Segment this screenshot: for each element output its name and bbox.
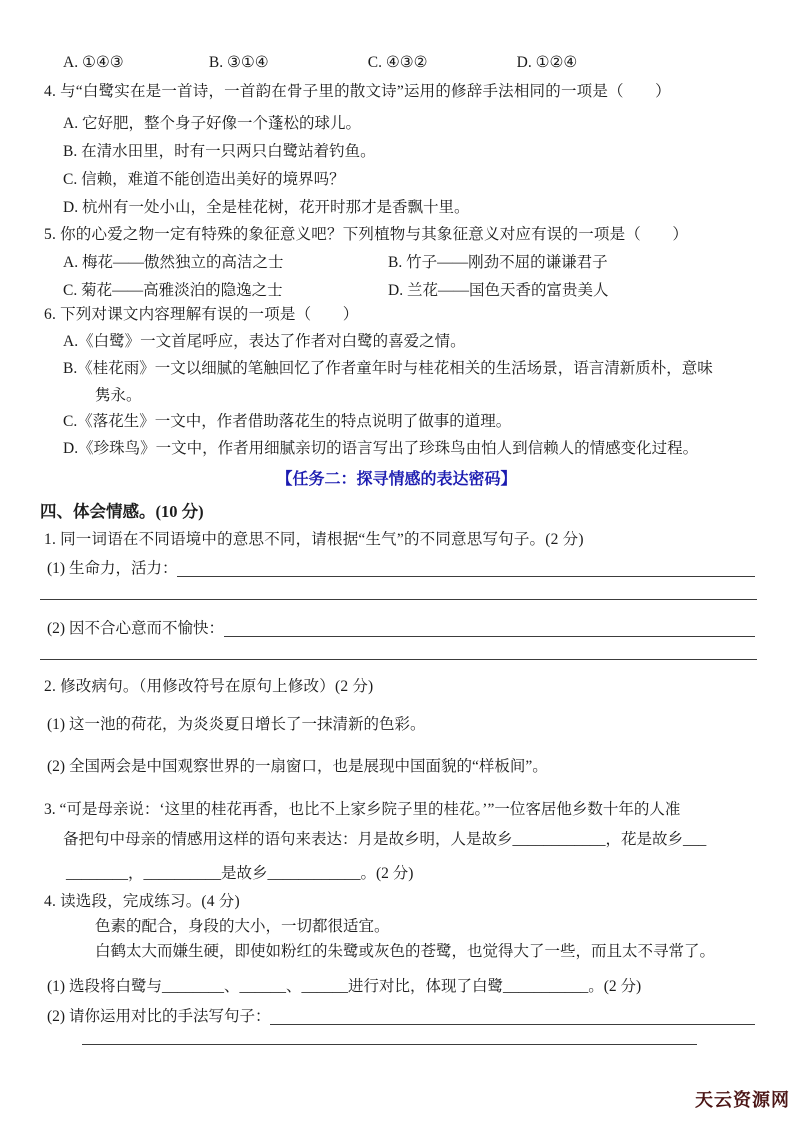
- s4-q1-item-2-second-answer-line: [40, 659, 757, 660]
- question-6-stem: 6. 下列对课文内容理解有误的一项是（ ）: [44, 303, 358, 327]
- answer-options-row: A. ①④③ B. ③①④ C. ④③② D. ①②④: [63, 51, 577, 75]
- s4-q1-item-1-answer-line: [177, 576, 755, 577]
- s4-q4-passage-line2: 白鹤太大而嫌生硬，即使如粉红的朱鹭或灰色的苍鹭，也觉得大了一些，而且太不寻常了。: [95, 940, 715, 964]
- s4-q4-item-2-label: (2) 请你运用对比的手法写句子：: [47, 1005, 270, 1029]
- question-4-option-d: D. 杭州有一处小山，全是桂花树，花开时那才是香飘十里。: [63, 196, 469, 220]
- question-5-option-b: B. 竹子——刚劲不屈的谦谦君子: [388, 251, 608, 275]
- s4-q1-item-2: (2) 因不合心意而不愉快：: [47, 617, 755, 641]
- s4-q2-item-2: (2) 全国两会是中国观察世界的一扇窗口，也是展现中国面貌的“样板间”。: [47, 755, 548, 779]
- s4-question-3-line1: 3. “可是母亲说：‘这里的桂花再香，也比不上家乡院子里的桂花。’”一位客居他乡…: [44, 798, 680, 822]
- question-6-option-d: D.《珍珠鸟》一文中，作者用细腻亲切的语言写出了珍珠鸟由怕人到信赖人的情感变化过…: [63, 437, 698, 461]
- section-four-heading: 四、体会情感。(10 分): [40, 500, 204, 524]
- s4-q1-item-2-label: (2) 因不合心意而不愉快：: [47, 617, 224, 641]
- question-4-option-c: C. 信赖，难道不能创造出美好的境界吗？: [63, 168, 345, 192]
- s4-q4-passage-line1: 色素的配合，身段的大小，一切都很适宜。: [95, 915, 390, 939]
- answer-option-d: D. ①②④: [517, 51, 578, 75]
- question-5-option-d: D. 兰花——国色天香的富贵美人: [388, 279, 608, 303]
- question-6-option-c: C.《落花生》一文中，作者借助落花生的特点说明了做事的道理。: [63, 410, 511, 434]
- s4-q2-item-1: (1) 这一池的荷花，为炎炎夏日增长了一抹清新的色彩。: [47, 713, 425, 737]
- question-6-option-b-line1: B.《桂花雨》一文以细腻的笔触回忆了作者童年时与桂花相关的生活场景，语言清新质朴…: [63, 357, 713, 381]
- s4-question-1-stem: 1. 同一词语在不同语境中的意思不同，请根据“生气”的不同意思写句子。(2 分): [44, 528, 584, 552]
- s4-q1-item-2-answer-line: [224, 636, 755, 637]
- s4-q4-item-2-second-answer-line: [82, 1044, 697, 1045]
- answer-option-b: B. ③①④: [209, 51, 364, 75]
- s4-q1-item-1-second-answer-line: [40, 599, 757, 600]
- question-6-option-b-line2: 隽永。: [95, 384, 142, 408]
- site-watermark: 天云资源网: [695, 1086, 790, 1112]
- answer-option-a: A. ①④③: [63, 51, 205, 75]
- question-4-option-b: B. 在清水田里，时有一只两只白鹭站着钓鱼。: [63, 140, 376, 164]
- question-4-stem: 4. 与“白鹭实在是一首诗，一首韵在骨子里的散文诗”运用的修辞手法相同的一项是（…: [44, 80, 671, 104]
- question-6-option-a: A.《白鹭》一文首尾呼应，表达了作者对白鹭的喜爱之情。: [63, 330, 466, 354]
- s4-question-4-stem: 4. 读选段，完成练习。(4 分): [44, 890, 240, 914]
- s4-q4-item-1: (1) 选段将白鹭与________、______、______进行对比，体现了…: [47, 975, 641, 999]
- answer-option-c: C. ④③②: [368, 51, 513, 75]
- s4-q1-item-1: (1) 生命力，活力：: [47, 557, 755, 581]
- task-two-banner: 【任务二：探寻情感的表达密码】: [0, 468, 793, 492]
- question-5-option-a: A. 梅花——傲然独立的高洁之士: [63, 251, 283, 275]
- question-4-option-a: A. 它好肥，整个身子好像一个蓬松的球儿。: [63, 112, 361, 136]
- s4-question-3-line3: ________，__________是故乡____________。(2 分): [66, 862, 413, 886]
- s4-q1-item-1-label: (1) 生命力，活力：: [47, 557, 177, 581]
- s4-question-2-stem: 2. 修改病句。（用修改符号在原句上修改）(2 分): [44, 675, 373, 699]
- s4-q4-item-2: (2) 请你运用对比的手法写句子：: [47, 1005, 755, 1029]
- s4-q4-item-2-answer-line: [270, 1024, 755, 1025]
- exam-page: A. ①④③ B. ③①④ C. ④③② D. ①②④ 4. 与“白鹭实在是一首…: [0, 0, 793, 1121]
- question-5-stem: 5. 你的心爱之物一定有特殊的象征意义吧？下列植物与其象征意义对应有误的一项是（…: [44, 223, 688, 247]
- question-5-option-c: C. 菊花——高雅淡泊的隐逸之士: [63, 279, 283, 303]
- s4-question-3-line2: 备把句中母亲的情感用这样的语句来表达：月是故乡明，人是故乡___________…: [63, 828, 706, 852]
